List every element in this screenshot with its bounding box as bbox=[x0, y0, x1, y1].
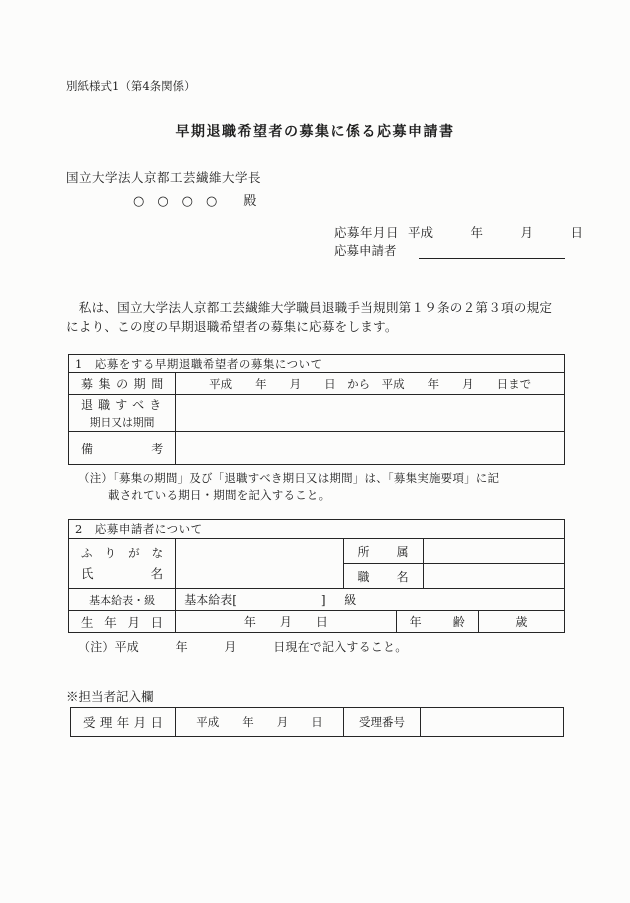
name-label-cell: ふりがな 氏名 bbox=[69, 539, 176, 589]
paygrade-field: 基本給表[ ] bbox=[184, 591, 344, 608]
paygrade-grade-label: 級 bbox=[344, 591, 356, 608]
period-label: 募集の期間 bbox=[69, 373, 176, 395]
application-date-label: 応募年月日 bbox=[334, 223, 399, 241]
accept-number-label: 受理番号 bbox=[344, 708, 421, 737]
paygrade-label: 基本給表・級 bbox=[69, 589, 176, 611]
furigana-label: ふりがな bbox=[69, 545, 175, 561]
affiliation-value-cell bbox=[423, 539, 564, 564]
application-date-row: 応募年月日 平成 年 月 日 bbox=[334, 223, 583, 241]
retirement-date-label-line2: 期日又は期間 bbox=[69, 415, 175, 430]
birth-date-label: 生年月日 bbox=[69, 611, 176, 633]
body-line-2: により、この度の早期退職希望者の募集に応募をします。 bbox=[66, 317, 552, 336]
document-page: 別紙様式1（第4条関係） 早期退職希望者の募集に係る応募申請書 国立大学法人京都… bbox=[0, 0, 630, 903]
age-label: 年齢 bbox=[396, 611, 478, 633]
accept-date-value: 平成 年 月 日 bbox=[176, 708, 344, 737]
addressee-name-honorific: ○ ○ ○ ○ 殿 bbox=[133, 190, 256, 209]
accept-date-label: 受理年月日 bbox=[71, 708, 176, 737]
age-unit: 歳 bbox=[478, 611, 564, 633]
page-title: 早期退職希望者の募集に係る応募申請書 bbox=[0, 121, 630, 141]
remarks-value-cell bbox=[176, 432, 565, 465]
section2-header: 2 応募申請者について bbox=[69, 520, 565, 539]
section1-note-line2: 載されている期日・期間を記入すること。 bbox=[108, 487, 330, 503]
paygrade-value-cell: 基本給表[ ] 級 bbox=[176, 589, 565, 611]
applicant-signature-line bbox=[419, 244, 565, 259]
retirement-date-value-cell bbox=[176, 395, 565, 432]
section1-header: 1 応募をする早期退職希望者の募集について bbox=[69, 355, 565, 373]
applicant-label: 応募申請者 bbox=[334, 241, 397, 259]
applicant-row: 応募申請者 bbox=[334, 241, 565, 259]
form-reference: 別紙様式1（第4条関係） bbox=[66, 78, 196, 94]
body-line-1: 私は、国立大学法人京都工芸繊維大学職員退職手当規則第１９条の２第３項の規定 bbox=[66, 298, 552, 317]
name-label: 氏名 bbox=[69, 564, 175, 582]
affiliation-label: 所属 bbox=[343, 539, 423, 564]
staff-entry-table: 受理年月日 平成 年 月 日 受理番号 bbox=[70, 707, 564, 737]
job-title-label: 職名 bbox=[343, 564, 423, 589]
accept-number-value-cell bbox=[421, 708, 564, 737]
name-value-cell bbox=[176, 539, 343, 589]
remarks-label: 備考 bbox=[69, 432, 176, 465]
addressee-line: 国立大学法人京都工芸繊維大学長 bbox=[66, 168, 261, 186]
period-value: 平成 年 月 日 から 平成 年 月 日まで bbox=[176, 373, 565, 395]
body-paragraph: 私は、国立大学法人京都工芸繊維大学職員退職手当規則第１９条の２第３項の規定 によ… bbox=[66, 298, 552, 336]
retirement-date-label-line1: 退職すべき bbox=[69, 396, 175, 413]
retirement-date-label: 退職すべき 期日又は期間 bbox=[69, 395, 176, 432]
staff-entry-section-label: ※担当者記入欄 bbox=[66, 687, 154, 705]
applicant-table: 2 応募申請者について ふりがな 氏名 所属 職名 基本給表・級 基本給表[ ]… bbox=[68, 519, 565, 633]
recruitment-table: 1 応募をする早期退職希望者の募集について 募集の期間 平成 年 月 日 から … bbox=[68, 354, 565, 465]
section1-note-line1: （注）「募集の期間」及び「退職すべき期日又は期間」は、「募集実施要項」に記 bbox=[78, 470, 499, 486]
job-title-value-cell bbox=[423, 564, 564, 589]
application-date-value: 平成 年 月 日 bbox=[408, 223, 583, 241]
birth-date-value: 年 月 日 bbox=[176, 611, 396, 633]
section2-note: （注）平成 年 月 日現在で記入すること。 bbox=[78, 638, 407, 655]
